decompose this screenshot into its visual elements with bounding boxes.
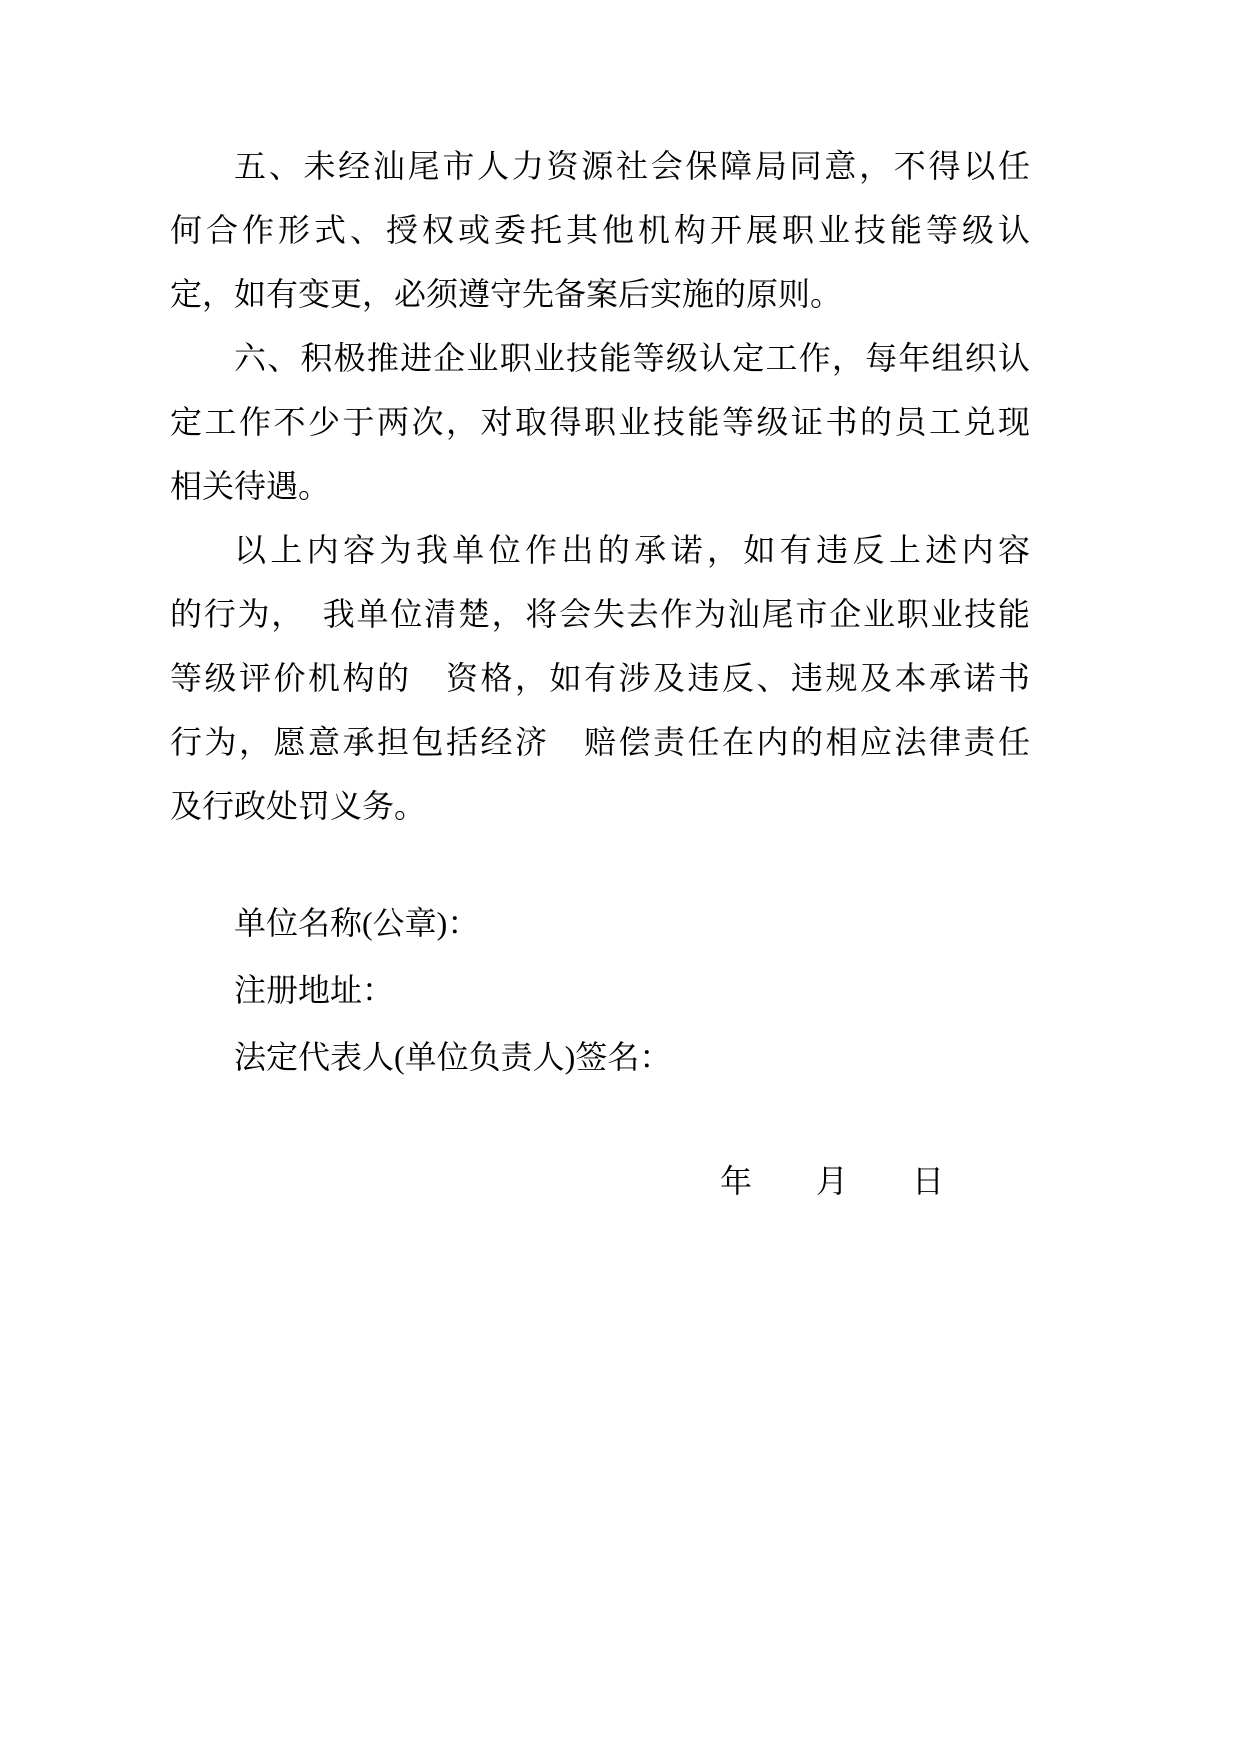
clause-5-line-3: 定，如有变更，必须遵守先备案后实施的原则。	[170, 262, 1030, 326]
clause-5-paragraph: 五、未经汕尾市人力资源社会保障局同意，不得以任 何合作形式、授权或委托其他机构开…	[170, 134, 1030, 326]
pledge-line-5: 及行政处罚义务。	[170, 774, 1030, 838]
clause-5-line-2: 何合作形式、授权或委托其他机构开展职业技能等级认	[170, 198, 1030, 262]
clause-6-paragraph: 六、积极推进企业职业技能等级认定工作，每年组织认 定工作不少于两次，对取得职业技…	[170, 326, 1030, 518]
pledge-line-3: 等级评价机构的 资格，如有涉及违反、违规及本承诺书	[170, 646, 1030, 710]
unit-name-seal-label: 单位名称(公章)：	[170, 890, 1030, 957]
clause-6-line-2: 定工作不少于两次，对取得职业技能等级证书的员工兑现	[170, 390, 1030, 454]
signature-block: 单位名称(公章)： 注册地址： 法定代表人(单位负责人)签名：	[170, 890, 1030, 1091]
clause-6-line-3: 相关待遇。	[170, 454, 1030, 518]
date-year-month-day-line: 年 月 日	[170, 1149, 1030, 1213]
pledge-line-4: 行为，愿意承担包括经济 赔偿责任在内的相应法律责任	[170, 710, 1030, 774]
clause-5-line-1: 五、未经汕尾市人力资源社会保障局同意，不得以任	[170, 134, 1030, 198]
clause-6-line-1: 六、积极推进企业职业技能等级认定工作，每年组织认	[170, 326, 1030, 390]
document-body: 五、未经汕尾市人力资源社会保障局同意，不得以任 何合作形式、授权或委托其他机构开…	[170, 134, 1030, 1213]
legal-representative-signature-label: 法定代表人(单位负责人)签名：	[170, 1024, 1030, 1091]
registered-address-label: 注册地址：	[170, 957, 1030, 1024]
pledge-line-2: 的行为， 我单位清楚，将会失去作为汕尾市企业职业技能	[170, 582, 1030, 646]
pledge-paragraph: 以上内容为我单位作出的承诺，如有违反上述内容 的行为， 我单位清楚，将会失去作为…	[170, 518, 1030, 838]
pledge-line-1: 以上内容为我单位作出的承诺，如有违反上述内容	[170, 518, 1030, 582]
document-page: 五、未经汕尾市人力资源社会保障局同意，不得以任 何合作形式、授权或委托其他机构开…	[0, 0, 1241, 1754]
